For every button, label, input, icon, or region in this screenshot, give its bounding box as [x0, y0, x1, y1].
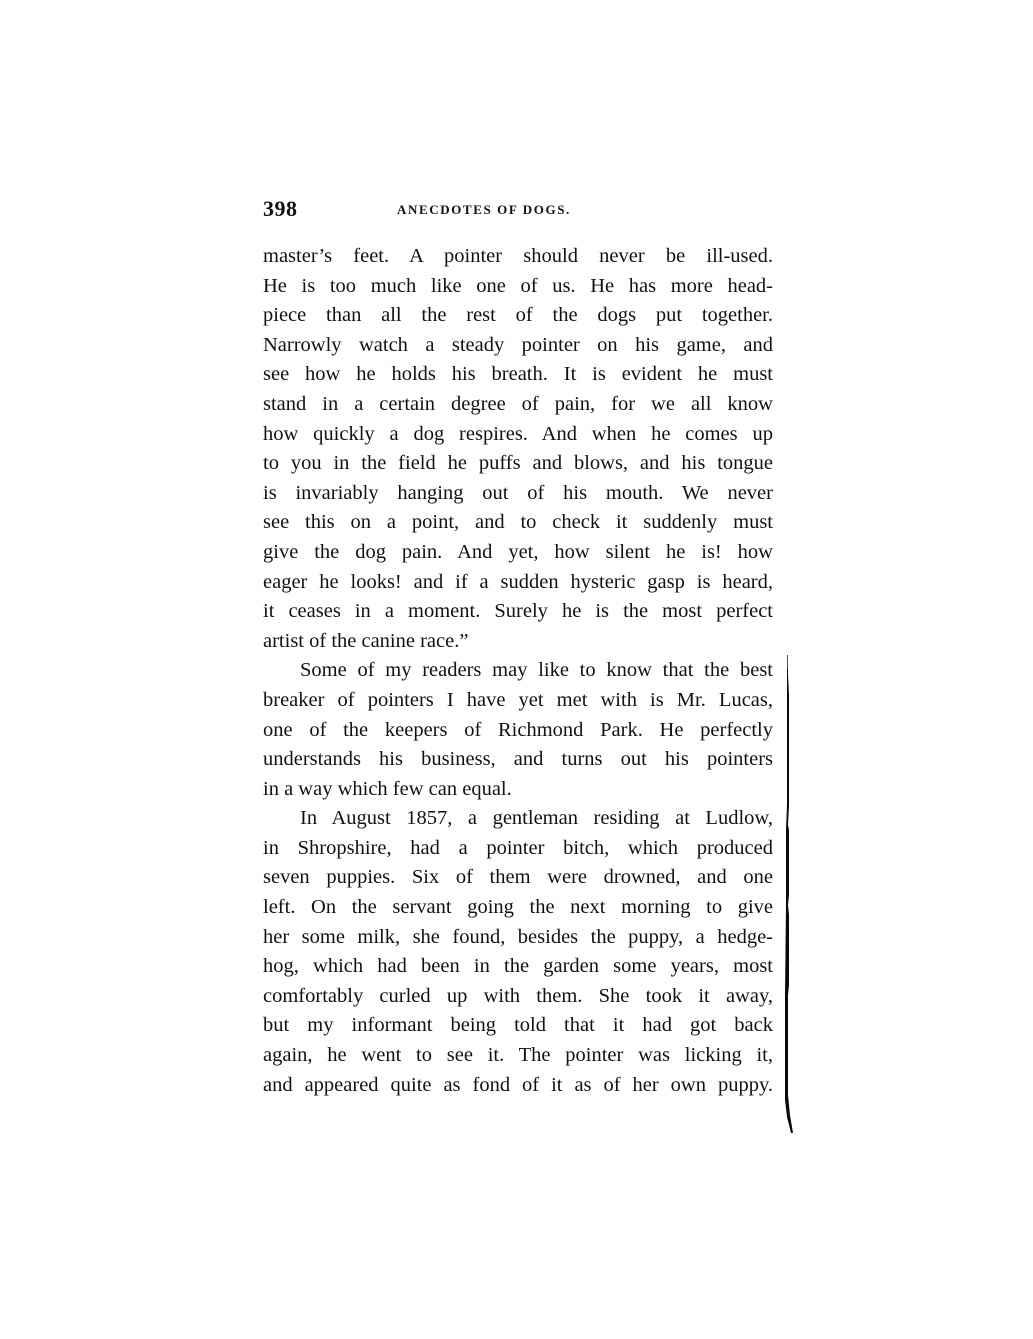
text-line: artist of the canine race.” — [263, 627, 773, 657]
text-line: stand in a certain degree of pain, for w… — [263, 390, 773, 420]
page-number: 398 — [263, 196, 298, 222]
text-line: piece than all the rest of the dogs put … — [263, 301, 773, 331]
text-line: is invariably hanging out of his mouth. … — [263, 479, 773, 509]
text-line: left. On the servant going the next morn… — [263, 893, 773, 923]
scanned-book-page: 398 ANECDOTES OF DOGS. master’s feet. A … — [0, 0, 1033, 1339]
text-line: He is too much like one of us. He has mo… — [263, 272, 773, 302]
text-line: see how he holds his breath. It is evide… — [263, 360, 773, 390]
text-line: but my informant being told that it had … — [263, 1011, 773, 1041]
text-line: eager he looks! and if a sudden hysteric… — [263, 568, 773, 598]
text-line: understands his business, and turns out … — [263, 745, 773, 775]
running-header: 398 ANECDOTES OF DOGS. — [263, 196, 775, 224]
paragraph-2: Some of my readers may like to know that… — [263, 656, 773, 804]
paragraph-3: In August 1857, a gentleman residing at … — [263, 804, 773, 1100]
text-line: it ceases in a moment. Surely he is the … — [263, 597, 773, 627]
text-line: see this on a point, and to check it sud… — [263, 508, 773, 538]
body-text: master’s feet. A pointer should never be… — [263, 242, 773, 1100]
text-line: master’s feet. A pointer should never be… — [263, 242, 773, 272]
text-line: her some milk, she found, besides the pu… — [263, 923, 773, 953]
text-line: give the dog pain. And yet, how silent h… — [263, 538, 773, 568]
text-line: Some of my readers may like to know that… — [263, 656, 773, 686]
page-edge-shadow — [784, 655, 792, 1125]
text-line: in a way which few can equal. — [263, 775, 773, 805]
text-line: again, he went to see it. The pointer wa… — [263, 1041, 773, 1071]
text-line: to you in the field he puffs and blows, … — [263, 449, 773, 479]
text-line: breaker of pointers I have yet met with … — [263, 686, 773, 716]
text-line: comfortably curled up with them. She too… — [263, 982, 773, 1012]
text-line: In August 1857, a gentleman residing at … — [263, 804, 773, 834]
text-line: and appeared quite as fond of it as of h… — [263, 1071, 773, 1101]
text-line: seven puppies. Six of them were drowned,… — [263, 863, 773, 893]
text-line: one of the keepers of Richmond Park. He … — [263, 716, 773, 746]
text-line: hog, which had been in the garden some y… — [263, 952, 773, 982]
edge-shadow-shape — [784, 655, 796, 1135]
paragraph-1: master’s feet. A pointer should never be… — [263, 242, 773, 656]
text-line: in Shropshire, had a pointer bitch, whic… — [263, 834, 773, 864]
running-title: ANECDOTES OF DOGS. — [397, 202, 571, 218]
text-line: how quickly a dog respires. And when he … — [263, 420, 773, 450]
text-line: Narrowly watch a steady pointer on his g… — [263, 331, 773, 361]
